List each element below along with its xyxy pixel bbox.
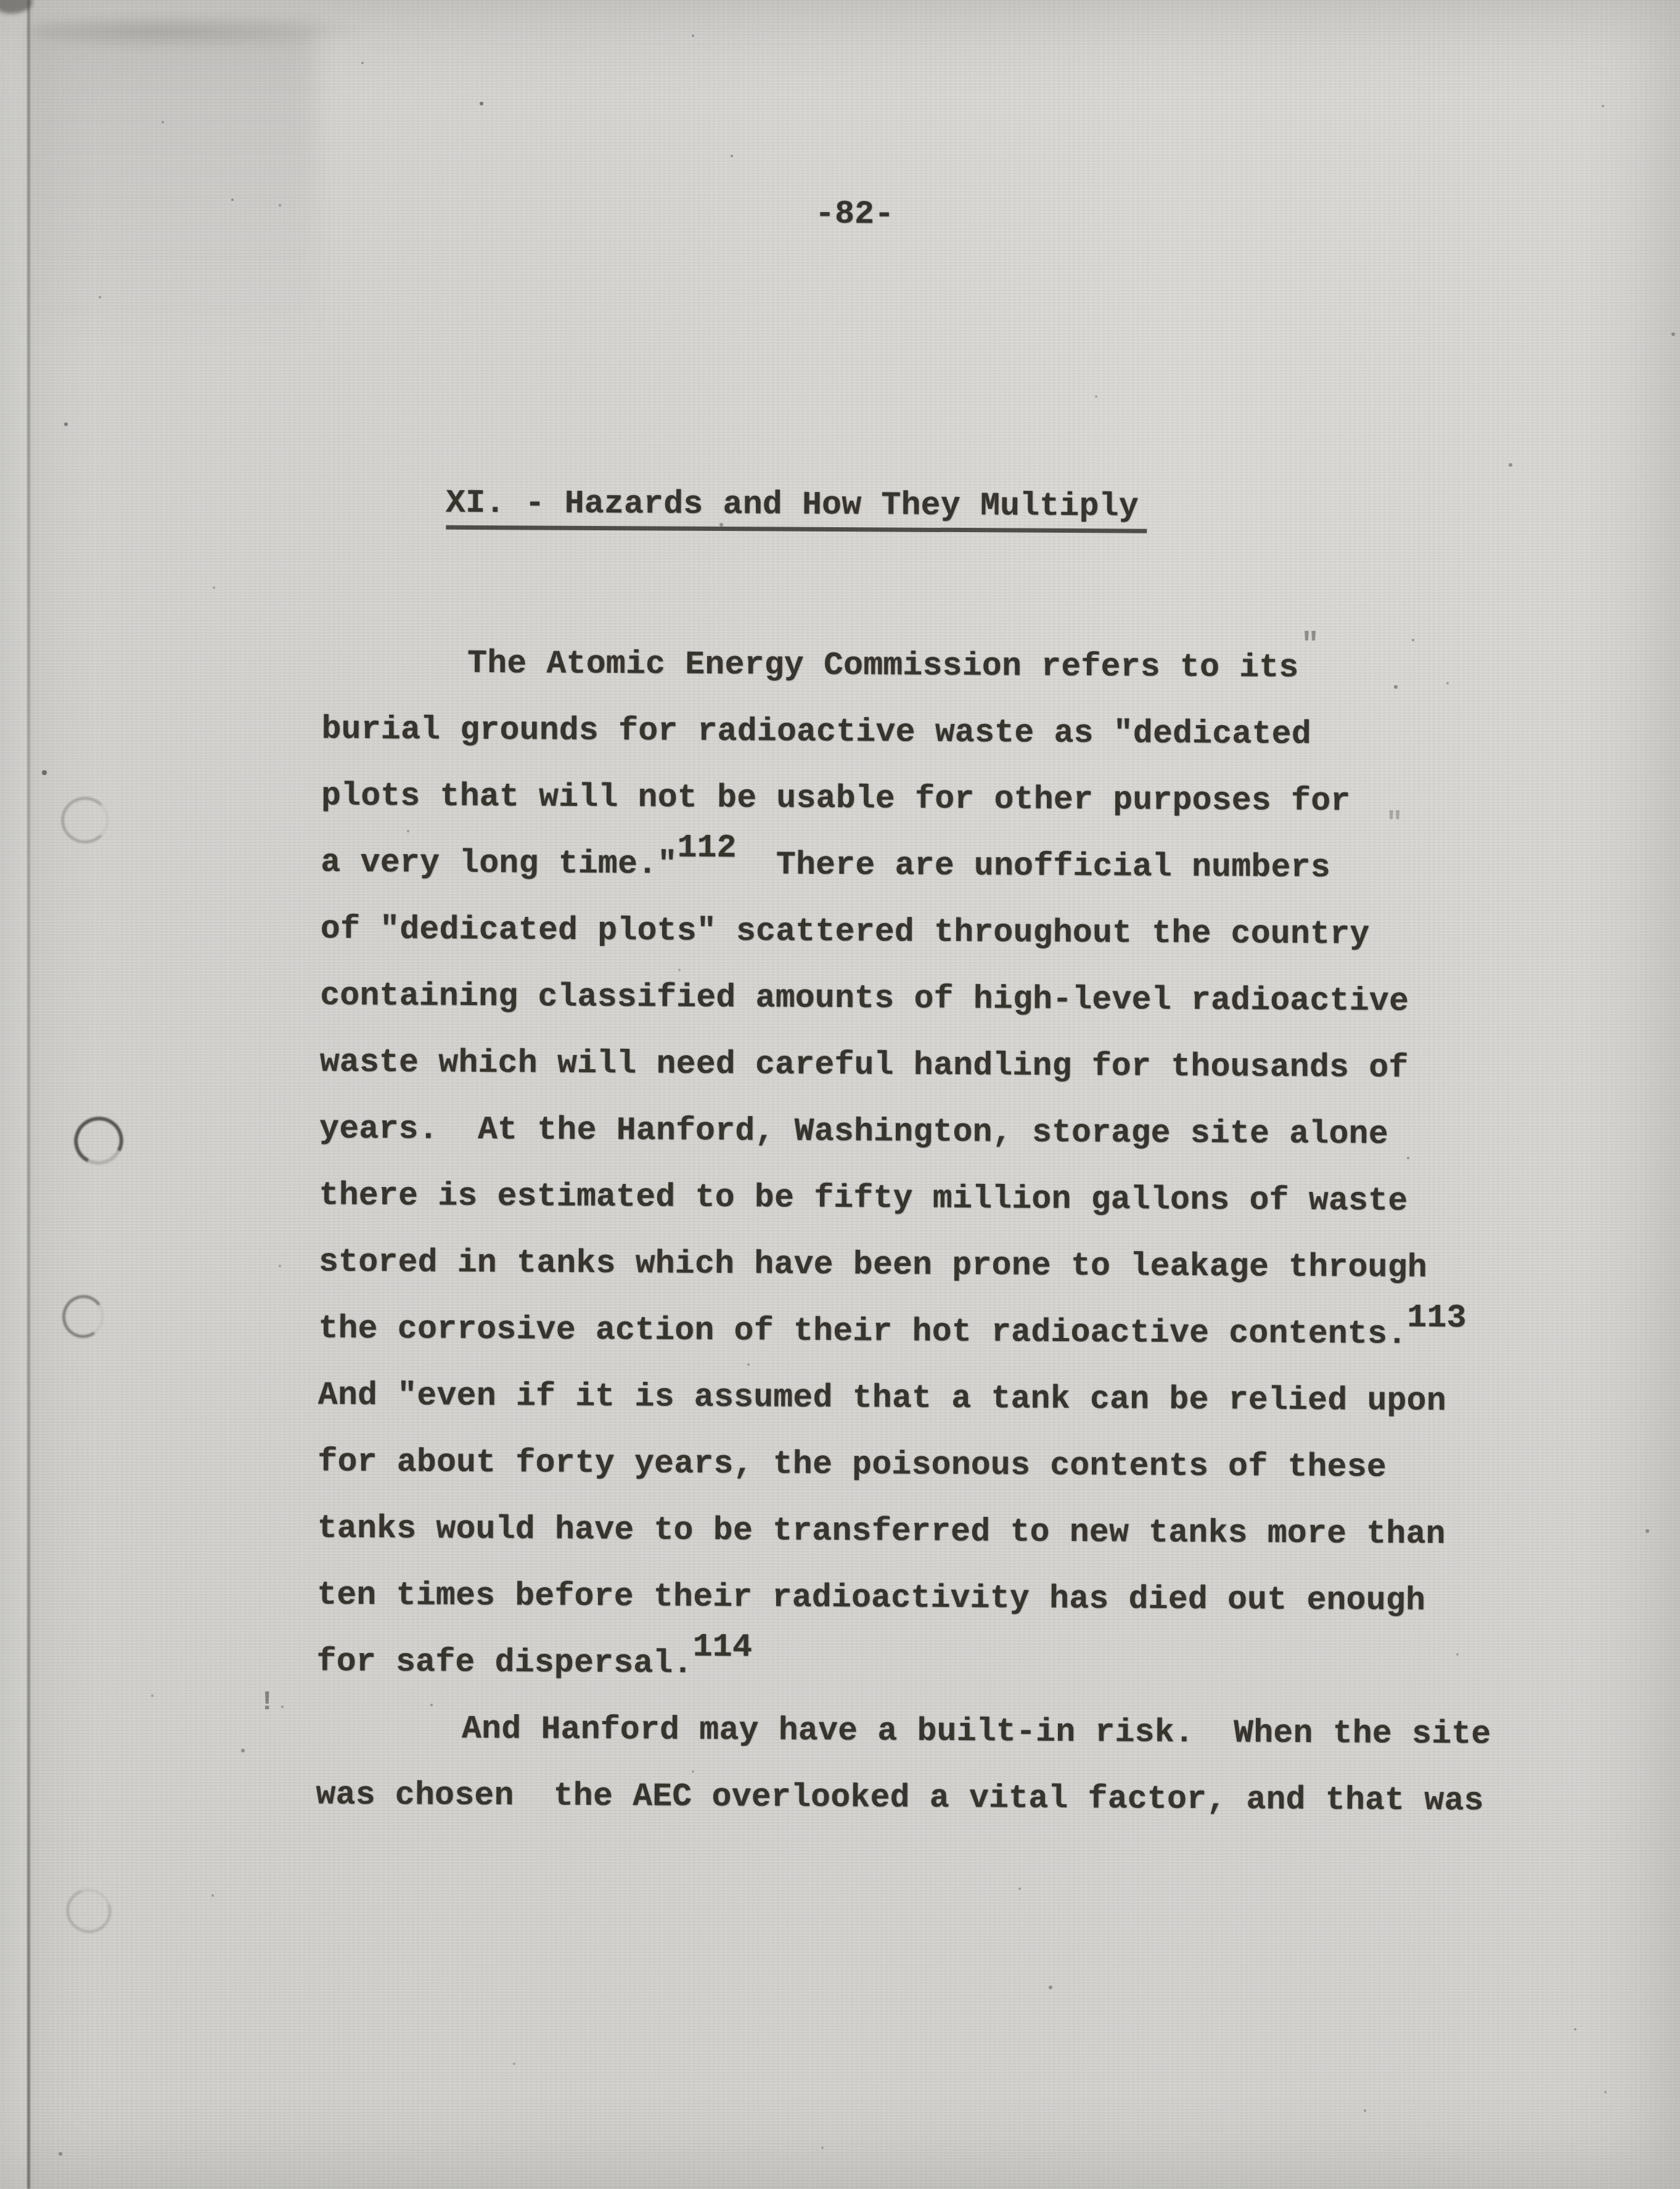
scanned-typewritten-page: " " ! -82- XI. - Hazards and How They Mu… [0,0,1680,2189]
typed-line: the corrosive action of their hot radioa… [318,1296,1552,1368]
typed-line: stored in tanks which have been prone to… [319,1229,1552,1302]
section-heading-text: XI. - Hazards and How They Multiply [446,487,1147,533]
typed-line: ten times before their radioactivity has… [317,1562,1551,1635]
typed-line: there is estimated to be fifty million g… [319,1162,1552,1235]
typed-line: And Hanford may have a built-in risk. Wh… [316,1695,1550,1768]
typed-line: of "dedicated plots" scattered throughou… [321,896,1554,969]
typed-line: The Atomic Energy Commission refers to i… [322,630,1555,702]
typed-line: containing classified amounts of high-le… [320,963,1554,1035]
typed-line: And "even if it is assumed that a tank c… [318,1362,1552,1435]
typed-line: burial grounds for radioactive waste as … [321,696,1555,769]
paragraph: And Hanford may have a built-in risk. Wh… [316,1695,1549,1834]
typed-line: plots that will not be usable for other … [321,763,1555,836]
typed-line: a very long time."112 There are unoffici… [321,829,1554,902]
paragraph: The Atomic Energy Commission refers to i… [316,630,1555,1701]
typed-content: -82- XI. - Hazards and How They Multiply… [0,0,1680,2189]
section-heading: XI. - Hazards and How They Multiply [327,453,1147,567]
typed-line: waste which will need careful handling f… [319,1029,1553,1102]
typed-line: for safe dispersal.114 [316,1628,1550,1701]
typed-line: years. At the Hanford, Washington, stora… [319,1096,1553,1168]
typed-line: for about forty years, the poisonous con… [318,1429,1551,1501]
typed-line: was chosen the AEC overlooked a vital fa… [316,1762,1549,1834]
page-number: -82- [815,197,895,231]
typed-line: tanks would have to be transferred to ne… [318,1495,1551,1568]
body-text: The Atomic Energy Commission refers to i… [316,630,1555,1834]
